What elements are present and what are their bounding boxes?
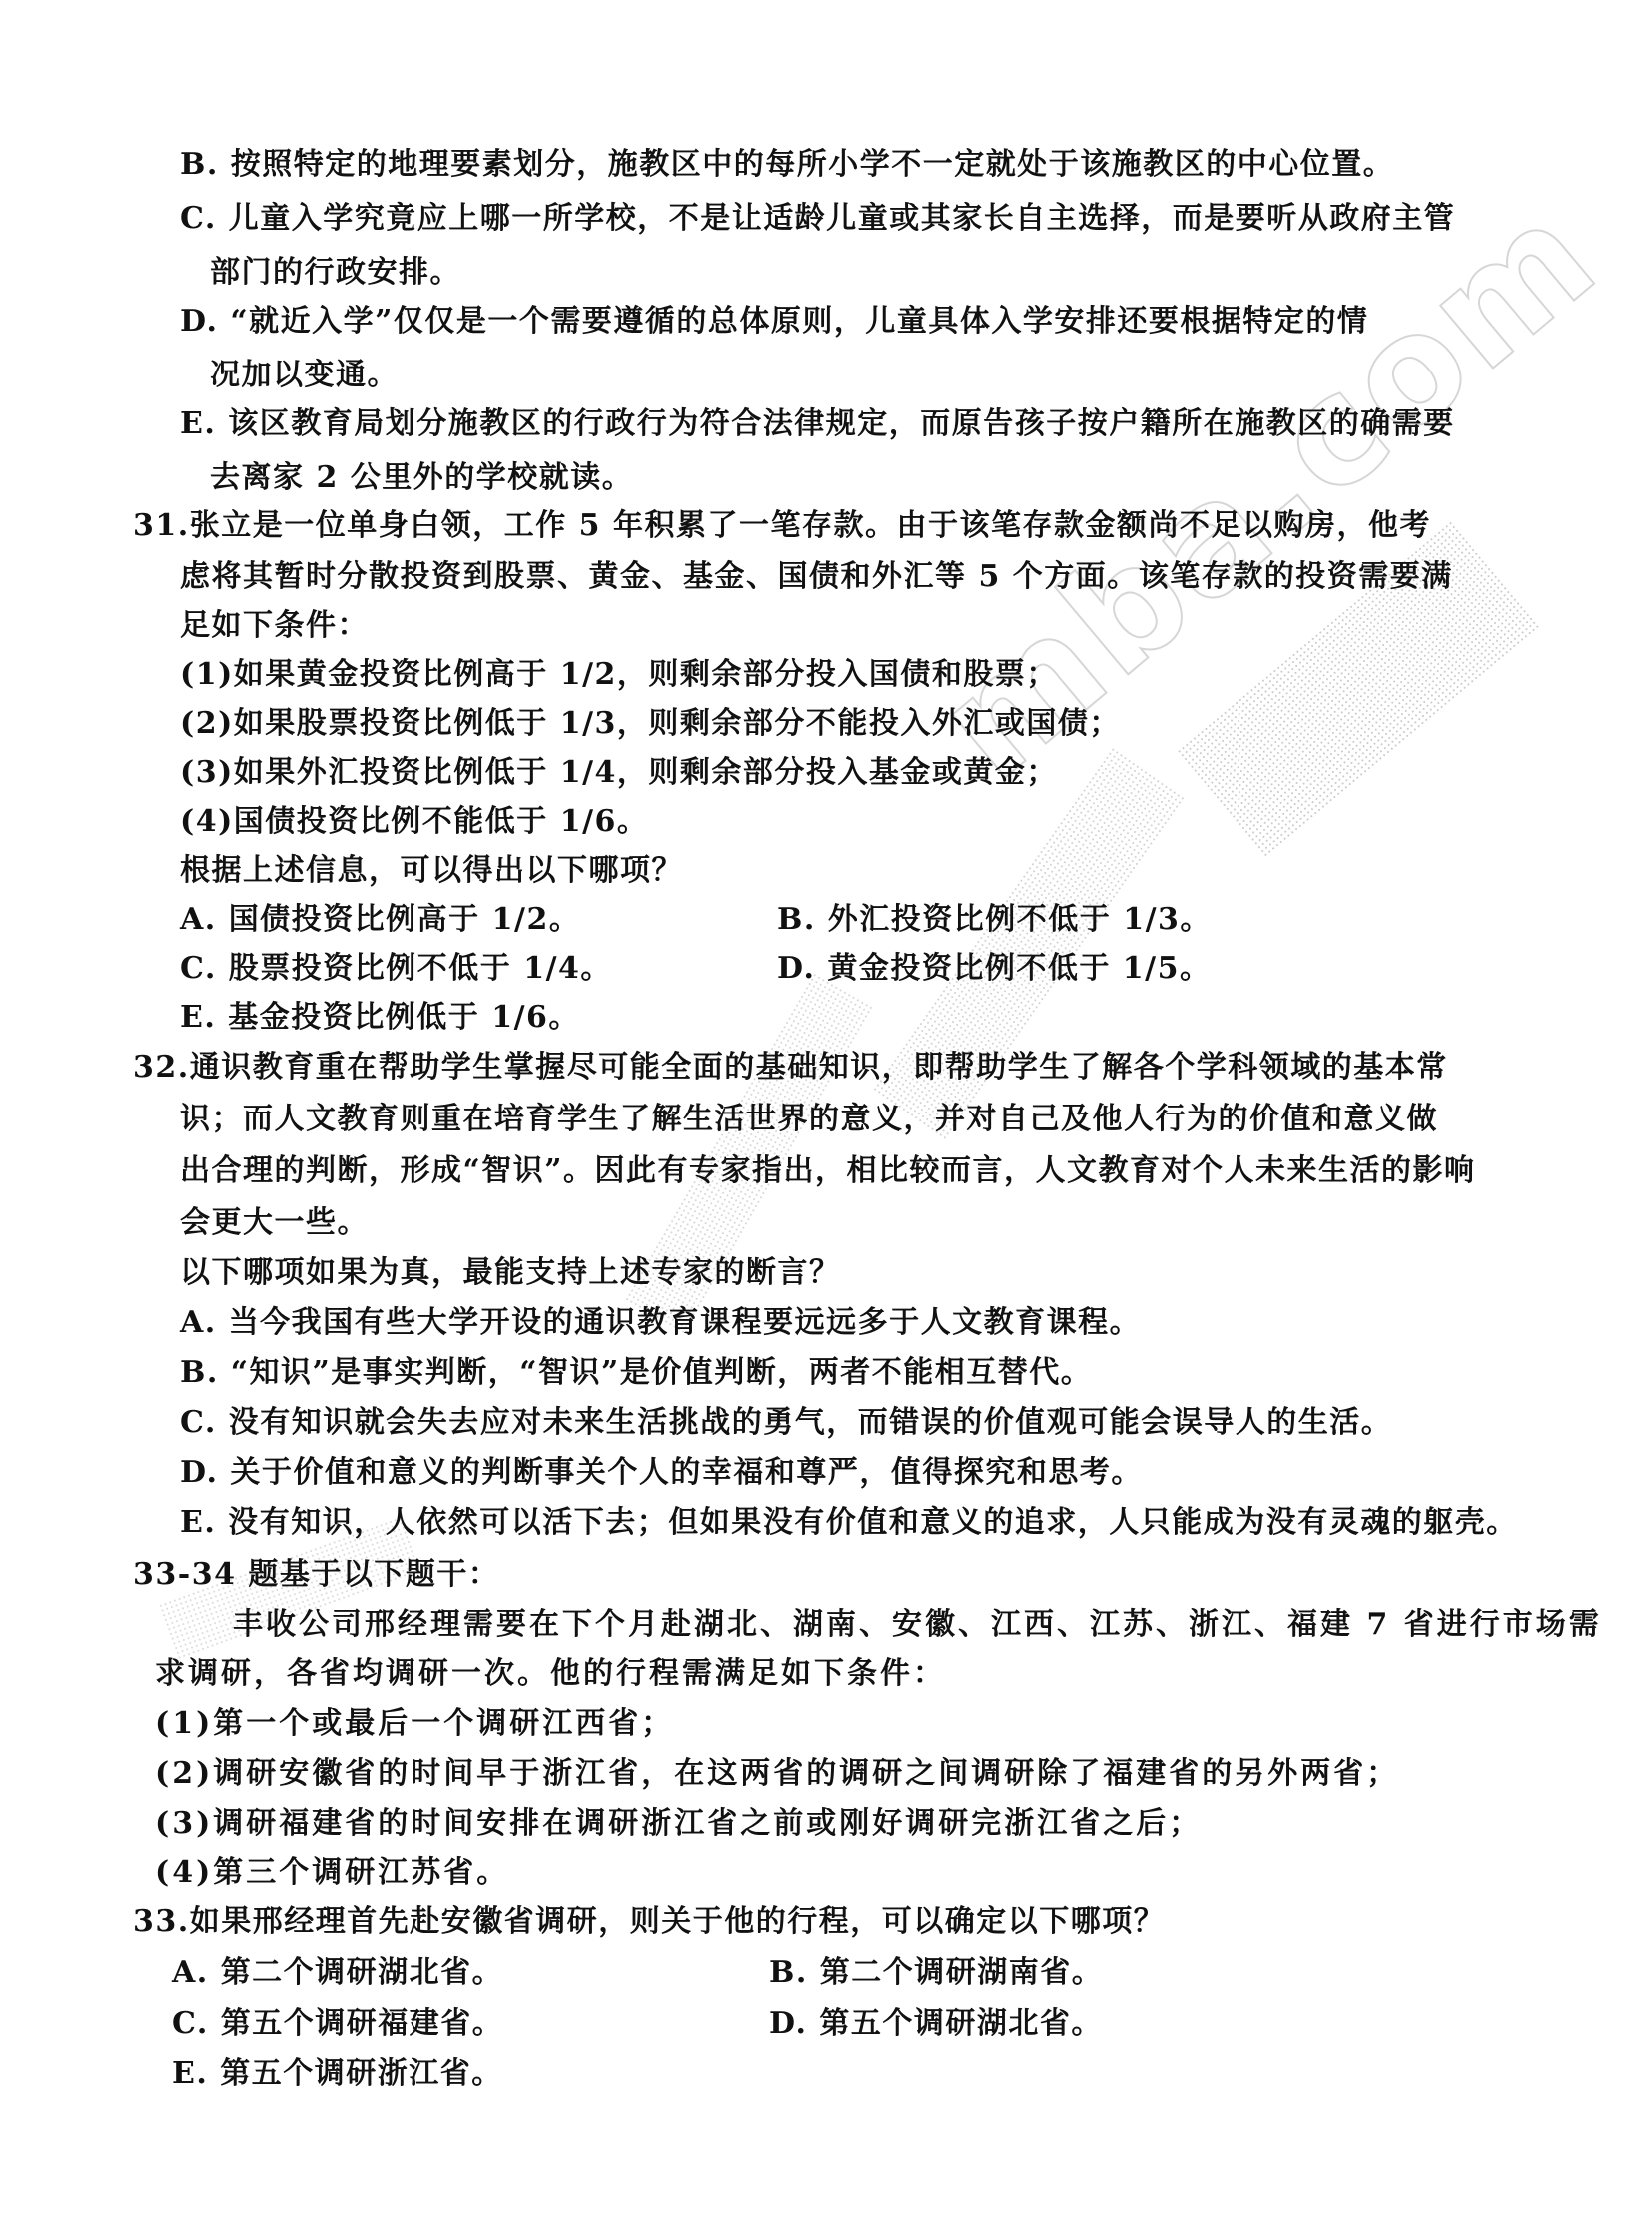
exam-page: mba.com B. 按照特定的地理要素划分，施教区中的每所小学不一定就处于该施…: [0, 0, 1652, 2226]
option-text: 第二个调研湖北省。: [221, 1955, 504, 1990]
option-label: D.: [769, 2006, 807, 2041]
option-text: 该区教育局划分施教区的行政行为符合法律规定，而原告孩子按户籍所在施教区的确需要: [228, 406, 1455, 441]
option-text: 第五个调研湖北省。: [819, 2006, 1103, 2041]
option-label: A.: [180, 1305, 217, 1340]
option-text: 基金投资比例低于 1/6。: [228, 1000, 580, 1035]
q31-option-a: A. 国债投资比例高于 1/2。: [180, 900, 580, 940]
option-text: 关于价值和意义的判断事关个人的幸福和尊严，值得探究和思考。: [230, 1455, 1143, 1490]
option-text: 外汇投资比例不低于 1/3。: [828, 902, 1212, 937]
q31-condition: (3)如果外汇投资比例低于 1/4，则剩余部分投入基金或黄金；: [180, 753, 1058, 793]
option-label: C.: [180, 951, 217, 986]
q33-option-e: E. 第五个调研浙江省。: [172, 2054, 503, 2094]
option-label: A.: [180, 902, 217, 937]
option-e-cont: 去离家 2 公里外的学校就读。: [210, 458, 633, 498]
option-label: C.: [180, 201, 217, 236]
q33-34-condition: (3)调研福建省的时间安排在调研浙江省之前或刚好调研完浙江省之后；: [155, 1804, 1202, 1844]
option-text: 没有知识就会失去应对未来生活挑战的勇气，而错误的价值观可能会误导人的生活。: [229, 1405, 1393, 1440]
q33-34-header: 33-34 题基于以下题干：: [133, 1555, 499, 1595]
option-text: 第二个调研湖南省。: [820, 1955, 1104, 1990]
q31-option-e: E. 基金投资比例低于 1/6。: [180, 998, 580, 1038]
q33-option-a: A. 第二个调研湖北省。: [172, 1953, 503, 1993]
option-text: 第五个调研浙江省。: [220, 2056, 503, 2091]
option-b: B. 按照特定的地理要素划分，施教区中的每所小学不一定就处于该施教区的中心位置。: [180, 145, 1394, 185]
q32-stem-line: 会更大一些。: [180, 1203, 369, 1243]
question-number: 31.: [133, 508, 190, 543]
q33-34-condition: (4)第三个调研江苏省。: [155, 1854, 509, 1893]
option-label: A.: [172, 1955, 209, 1990]
option-e: E. 该区教育局划分施教区的行政行为符合法律规定，而原告孩子按户籍所在施教区的确…: [180, 404, 1455, 444]
q31-condition: (1)如果黄金投资比例高于 1/2，则剩余部分投入国债和股票；: [180, 655, 1058, 695]
option-text: 国债投资比例高于 1/2。: [229, 902, 581, 937]
stem-text: 张立是一位单身白领，工作 5 年积累了一笔存款。由于该笔存款金额尚不足以购房，他…: [190, 508, 1431, 543]
q31-stem: 31.张立是一位单身白领，工作 5 年积累了一笔存款。由于该笔存款金额尚不足以购…: [133, 506, 1431, 546]
q32-stem-line: 出合理的判断，形成“智识”。因此有专家指出，相比较而言，人文教育对个人未来生活的…: [180, 1151, 1476, 1191]
option-d-cont: 况加以变通。: [210, 356, 399, 395]
option-label: C.: [180, 1405, 217, 1440]
option-text: “就近入学”仅仅是一个需要遵循的总体原则，儿童具体入学安排还要根据特定的情: [230, 304, 1368, 339]
option-label: E.: [172, 2056, 208, 2091]
option-label: B.: [769, 1955, 808, 1990]
q32-option-c: C. 没有知识就会失去应对未来生活挑战的勇气，而错误的价值观可能会误导人的生活。: [180, 1403, 1392, 1443]
option-label: E.: [180, 1000, 216, 1035]
option-text: 按照特定的地理要素划分，施教区中的每所小学不一定就处于该施教区的中心位置。: [231, 147, 1395, 182]
stem-text: 如果邢经理首先赴安徽省调研，则关于他的行程，可以确定以下哪项？: [190, 1904, 1166, 1939]
option-label: B.: [180, 147, 219, 182]
option-label: D.: [180, 1455, 218, 1490]
option-text: 股票投资比例不低于 1/4。: [229, 951, 612, 986]
q33-option-c: C. 第五个调研福建省。: [172, 2004, 503, 2044]
option-label: E.: [180, 1505, 216, 1540]
q33-34-stem-line: 求调研，各省均调研一次。他的行程需满足如下条件：: [155, 1654, 946, 1694]
q33-34-condition: (1)第一个或最后一个调研江西省；: [155, 1704, 674, 1744]
q33-option-d: D. 第五个调研湖北省。: [769, 2004, 1103, 2044]
q33-stem: 33.如果邢经理首先赴安徽省调研，则关于他的行程，可以确定以下哪项？: [133, 1902, 1165, 1942]
question-number: 32.: [133, 1050, 190, 1085]
q31-stem-line: 虑将其暂时分散投资到股票、黄金、基金、国债和外汇等 5 个方面。该笔存款的投资需…: [180, 557, 1453, 597]
q32-option-a: A. 当今我国有些大学开设的通识教育课程要远远多于人文教育课程。: [180, 1303, 1141, 1343]
option-label: E.: [180, 406, 216, 441]
option-text: 没有知识，人依然可以活下去；但如果没有价值和意义的追求，人只能成为没有灵魂的躯壳…: [228, 1505, 1518, 1540]
option-d: D. “就近入学”仅仅是一个需要遵循的总体原则，儿童具体入学安排还要根据特定的情: [180, 302, 1368, 342]
q32-stem-line: 识；而人文教育则重在培育学生了解生活世界的意义，并对自己及他人行为的价值和意义做: [180, 1100, 1438, 1139]
option-c-cont: 部门的行政安排。: [210, 253, 461, 293]
q31-option-c: C. 股票投资比例不低于 1/4。: [180, 949, 612, 989]
option-text: 儿童入学究竟应上哪一所学校，不是让适龄儿童或其家长自主选择，而是要听从政府主管: [229, 201, 1456, 236]
q33-34-condition: (2)调研安徽省的时间早于浙江省，在这两省的调研之间调研除了福建省的另外两省；: [155, 1754, 1399, 1794]
q32-option-d: D. 关于价值和意义的判断事关个人的幸福和尊严，值得探究和思考。: [180, 1453, 1143, 1493]
q33-option-b: B. 第二个调研湖南省。: [769, 1953, 1103, 1993]
option-text: “知识”是事实判断，“智识”是价值判断，两者不能相互替代。: [231, 1355, 1093, 1390]
q32-option-e: E. 没有知识，人依然可以活下去；但如果没有价值和意义的追求，人只能成为没有灵魂…: [180, 1503, 1518, 1543]
option-label: D.: [777, 951, 815, 986]
option-label: D.: [180, 304, 218, 339]
question-number: 33.: [133, 1904, 190, 1939]
option-label: B.: [180, 1355, 219, 1390]
stem-text: 通识教育重在帮助学生掌握尽可能全面的基础知识，即帮助学生了解各个学科领域的基本常: [190, 1050, 1448, 1085]
q31-option-d: D. 黄金投资比例不低于 1/5。: [777, 949, 1212, 989]
q32-option-b: B. “知识”是事实判断，“智识”是价值判断，两者不能相互替代。: [180, 1353, 1092, 1393]
option-text: 黄金投资比例不低于 1/5。: [827, 951, 1211, 986]
option-label: B.: [777, 902, 816, 937]
q31-condition: (2)如果股票投资比例低于 1/3，则剩余部分不能投入外汇或国债；: [180, 704, 1121, 744]
q31-condition: (4)国债投资比例不能低于 1/6。: [180, 802, 648, 842]
option-label: C.: [172, 2006, 209, 2041]
option-text: 第五个调研福建省。: [221, 2006, 504, 2041]
option-c: C. 儿童入学究竟应上哪一所学校，不是让适龄儿童或其家长自主选择，而是要听从政府…: [180, 199, 1455, 239]
q31-stem-line: 足如下条件：: [180, 606, 369, 646]
q31-option-b: B. 外汇投资比例不低于 1/3。: [777, 900, 1212, 940]
q31-question: 根据上述信息，可以得出以下哪项？: [180, 851, 683, 891]
q33-34-stem-line: 丰收公司邢经理需要在下个月赴湖北、湖南、安徽、江西、江苏、浙江、福建 7 省进行…: [233, 1605, 1602, 1645]
q32-question: 以下哪项如果为真，最能支持上述专家的断言？: [180, 1253, 841, 1293]
option-text: 当今我国有些大学开设的通识教育课程要远远多于人文教育课程。: [229, 1305, 1142, 1340]
q32-stem: 32.通识教育重在帮助学生掌握尽可能全面的基础知识，即帮助学生了解各个学科领域的…: [133, 1048, 1448, 1088]
